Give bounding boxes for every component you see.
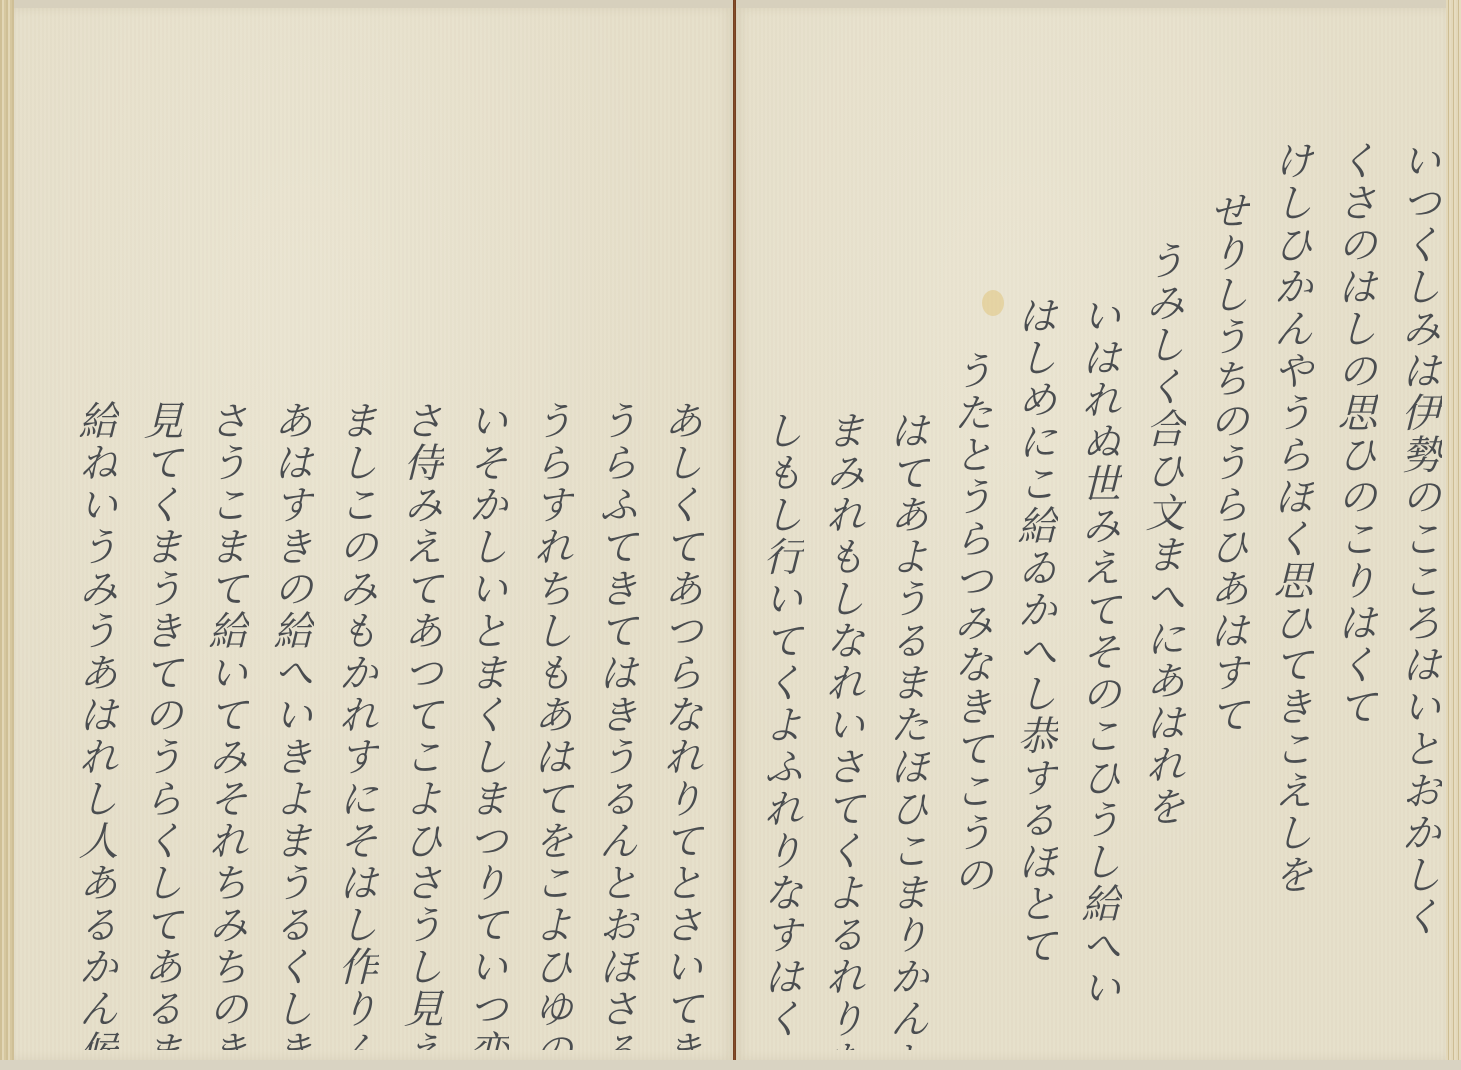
right-column-11: しもし行いてくよふれりなすはく: [756, 410, 804, 1050]
left-column-6: ましこのみもかれすにそはし作りんかいやく: [331, 400, 379, 1050]
left-column-1: あしくてあつらなれりてとさいてきたの: [656, 400, 704, 1050]
left-column-9: 見てくまうきてのうらくしてあるまいにとまう: [136, 400, 184, 1050]
right-column-2: くさのはしの思ひのこりはくて: [1330, 140, 1378, 1050]
left-column-5: さ侍みえてあつてこよひさうし見えまつる: [396, 400, 444, 1050]
right-column-5: うみしく合ひ文まへにあはれを: [1138, 240, 1186, 1050]
left-column-7: あはすきの給へいきよまうるくしきたをし: [266, 400, 314, 1050]
book-spread: いつくしみは伊勢のこころはいとおかしく くさのはしの思ひのこりはくて けしひかん…: [0, 0, 1461, 1070]
right-page-edge: [1446, 0, 1461, 1070]
right-column-9: はてあようるまたほひこまりかんと見る: [882, 410, 930, 1050]
left-column-3: うらすれちしもあはてをこよひゆのほとき: [526, 400, 574, 1050]
left-column-8: さうこまて給いてみそれちみちのきさい: [201, 400, 249, 1050]
book-gutter: [733, 0, 736, 1070]
right-column-4: せりしうちのうらひあはすて: [1202, 190, 1250, 1050]
bottom-edge: [0, 1060, 1461, 1070]
left-page-edge: [0, 0, 14, 1070]
right-column-10: まみれもしなれいさてくよるれりなゆ: [818, 410, 866, 1050]
right-column-7: はしめにこ給ゐかへし恭するほとて: [1010, 295, 1058, 1050]
right-column-3: けしひかんやうらほく思ひてきこえしを: [1266, 140, 1314, 1050]
left-column-4: いそかしいとまくしまつりていつ恋いるやう: [461, 400, 509, 1050]
right-column-6: いはれぬ世みえてそのこひうし給へい: [1074, 295, 1122, 1050]
left-column-2: うらふてきてはきうるんとおほさるれてかの: [591, 400, 639, 1050]
right-column-1: いつくしみは伊勢のこころはいとおかしく: [1394, 140, 1442, 1050]
paper-stain: [982, 290, 1004, 316]
left-column-10: 給ねいうみうあはれし人あるかん候まいらせそうして: [71, 400, 119, 1050]
top-edge: [0, 0, 1461, 8]
right-column-8: うたとうらつみなきてこうの: [946, 350, 994, 1050]
